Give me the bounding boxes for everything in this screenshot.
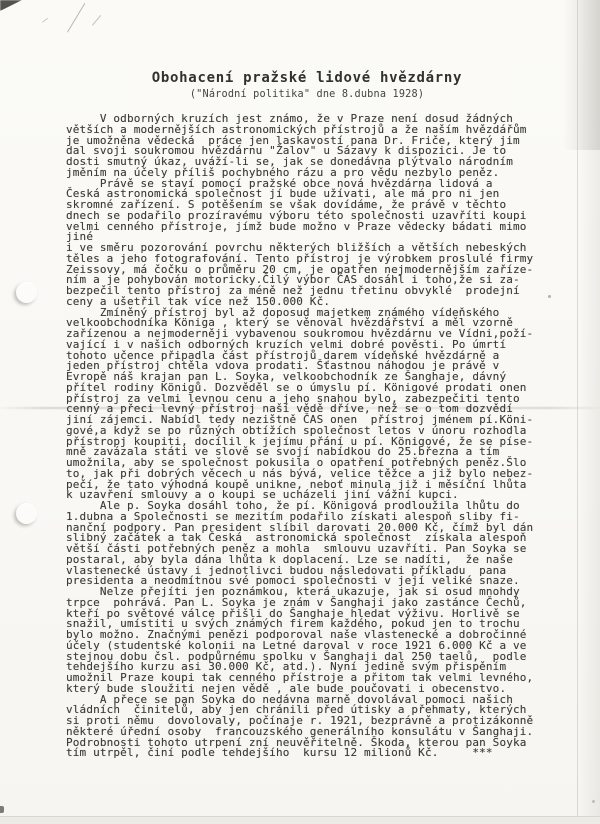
paper-speck-3 [592,800,595,803]
document-title: Obohacení pražské lidové hvězdárny [66,71,548,86]
paragraph-5: Nelze přejíti jen poznámkou, která ukazu… [66,587,548,695]
document-subtitle: ("Národní politika" dne 8.dubna 1928) [66,89,548,101]
scan-shadow-top-right [554,0,600,150]
paper-bottom-edge [0,816,600,824]
paper-speck-2 [548,295,551,298]
document-content: Obohacení pražské lidové hvězdárny ("Nár… [66,71,548,759]
paragraph-6: A přece se pan Soyka do nedávna marně do… [66,695,548,760]
scan-smudge-top-left-corner [0,0,22,11]
paragraph-3: Zmíněný přístroj byl až doposud majetkem… [66,308,548,502]
paper-speck-4 [0,806,4,813]
scratch-mark-1 [67,3,85,33]
scratch-mark-2 [92,15,101,26]
scan-shadow-right-edge [578,0,600,824]
document-body: V odborných kruzích jest známo, že v Pra… [66,114,548,759]
scanned-document-page: Obohacení pražské lidové hvězdárny ("Nár… [0,0,600,824]
paragraph-4: Ale p. Soyka dosáhl toho, že pí. Königov… [66,501,548,587]
scratch-mark-3 [42,18,48,23]
punch-hole-top [16,282,37,303]
paragraph-1: V odborných kruzích jest známo, že v Pra… [66,114,548,179]
paper-edge-line [577,0,578,824]
punch-hole-bottom [16,503,37,524]
paragraph-2: Právě se staví pomocí pražské obce nová … [66,179,548,308]
